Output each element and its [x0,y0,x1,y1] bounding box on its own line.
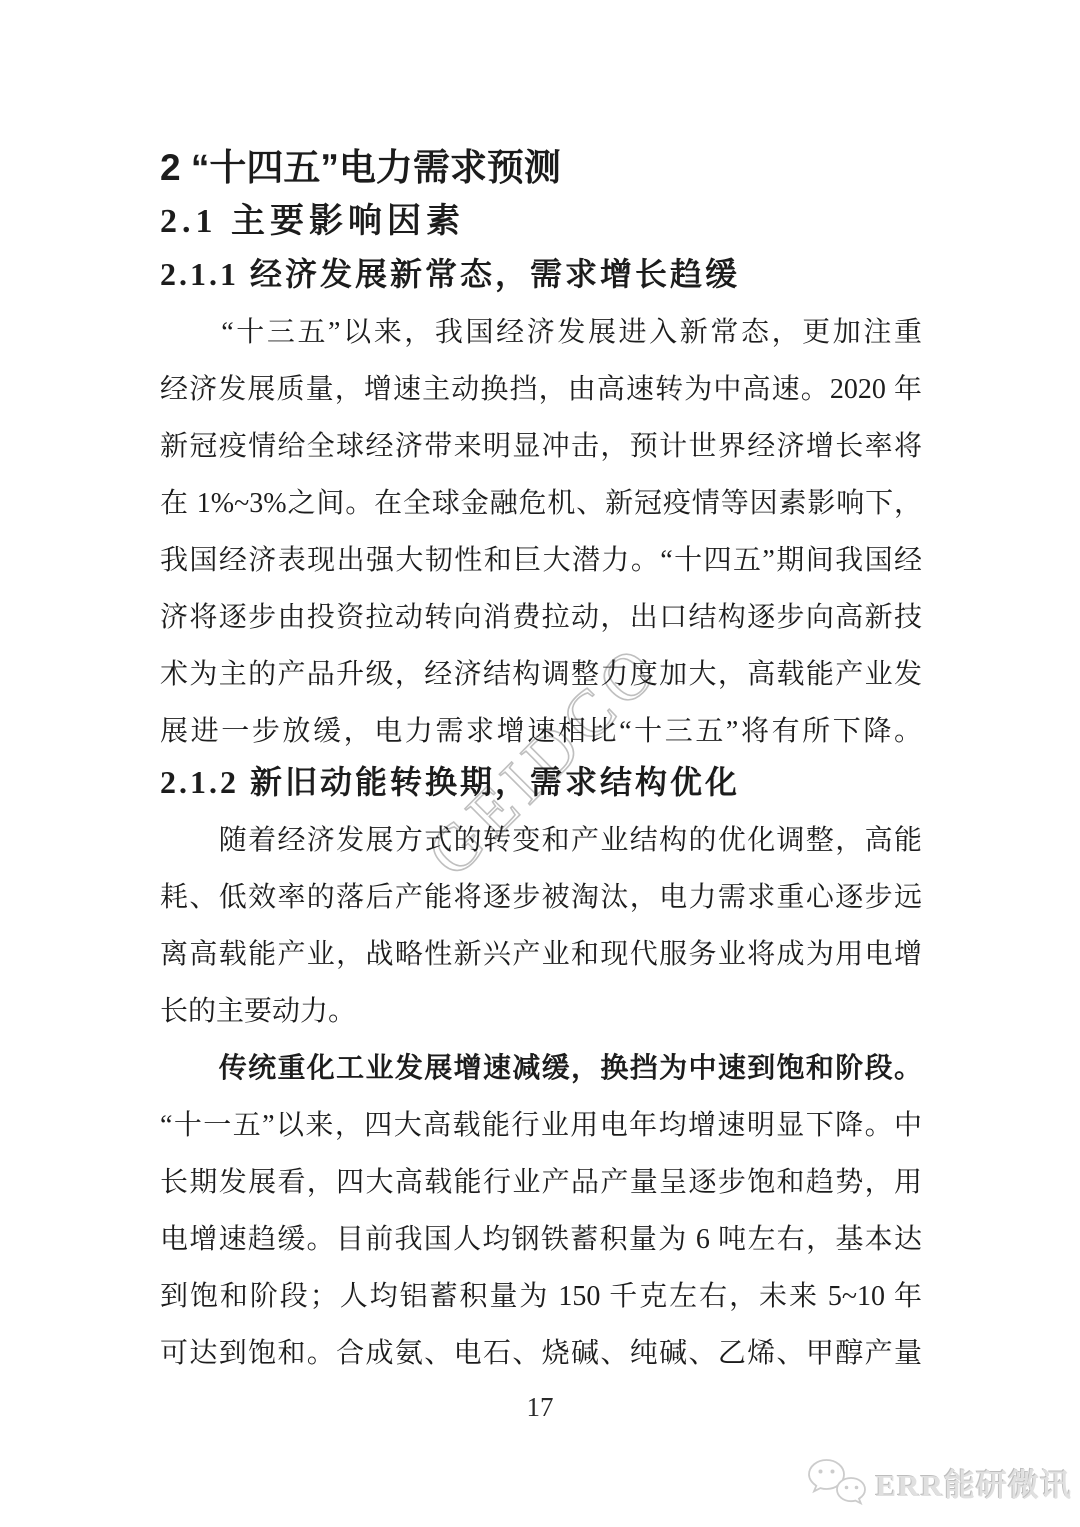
text-line: 耗、低效率的落后产能将逐步被淘汰，电力需求重心逐步远 [160,869,922,926]
paragraph-economic-new-normal: “十三五”以来，我国经济发展进入新常态，更加注重经济发展质量，增速主动换挡，由高… [160,304,922,760]
subsection-heading-2-1-1: 2.1.1 经济发展新常态，需求增长趋缓 [160,252,922,296]
text-line: “十一五”以来，四大高载能行业用电年均增速明显下降。中 [160,1097,922,1154]
brand-watermark: ERR能研微讯 [806,1455,1072,1509]
text-line: “十三五”以来，我国经济发展进入新常态，更加注重 [160,304,922,361]
paragraph-heavy-industry: 传统重化工业发展增速减缓，换挡为中速到饱和阶段。“十一五”以来，四大高载能行业用… [160,1040,922,1382]
subsection-heading-2-1-2: 2.1.2 新旧动能转换期，需求结构优化 [160,760,922,804]
text-line: 展进一步放缓，电力需求增速相比“十三五”将有所下降。 [160,703,922,760]
document-page: GEIDCO 2 “十四五”电力需求预测 2.1 主要影响因素 2.1.1 经济… [0,0,1080,1527]
document-content: 2 “十四五”电力需求预测 2.1 主要影响因素 2.1.1 经济发展新常态，需… [160,146,922,1382]
text-line: 离高载能产业，战略性新兴产业和现代服务业将成为用电增 [160,926,922,983]
text-line: 传统重化工业发展增速减缓，换挡为中速到饱和阶段。 [160,1040,922,1097]
page-number: 17 [0,1392,1080,1423]
chapter-heading: 2 “十四五”电力需求预测 [160,146,922,190]
text-line: 术为主的产品升级，经济结构调整力度加大，高载能产业发 [160,646,922,703]
text-line: 经济发展质量，增速主动换挡，由高速转为中高速。2020 年 [160,361,922,418]
wechat-chat-bubbles-icon [806,1455,868,1509]
text-line: 电增速趋缓。目前我国人均钢铁蓄积量为 6 吨左右，基本达 [160,1211,922,1268]
paragraph-demand-structure: 随着经济发展方式的转变和产业结构的优化调整，高能耗、低效率的落后产能将逐步被淘汰… [160,812,922,1040]
brand-name: ERR能研微讯 [876,1460,1072,1505]
text-line: 长期发展看，四大高载能行业产品产量呈逐步饱和趋势，用 [160,1154,922,1211]
text-line: 在 1%~3%之间。在全球金融危机、新冠疫情等因素影响下， [160,475,922,532]
section-heading-2-1: 2.1 主要影响因素 [160,200,922,244]
text-line: 济将逐步由投资拉动转向消费拉动，出口结构逐步向高新技 [160,589,922,646]
text-line: 新冠疫情给全球经济带来明显冲击，预计世界经济增长率将 [160,418,922,475]
text-line: 随着经济发展方式的转变和产业结构的优化调整，高能 [160,812,922,869]
text-line: 可达到饱和。合成氨、电石、烧碱、纯碱、乙烯、甲醇产量 [160,1325,922,1382]
text-line: 到饱和阶段；人均铝蓄积量为 150 千克左右，未来 5~10 年 [160,1268,922,1325]
text-line: 我国经济表现出强大韧性和巨大潜力。“十四五”期间我国经 [160,532,922,589]
text-line: 长的主要动力。 [160,983,922,1040]
